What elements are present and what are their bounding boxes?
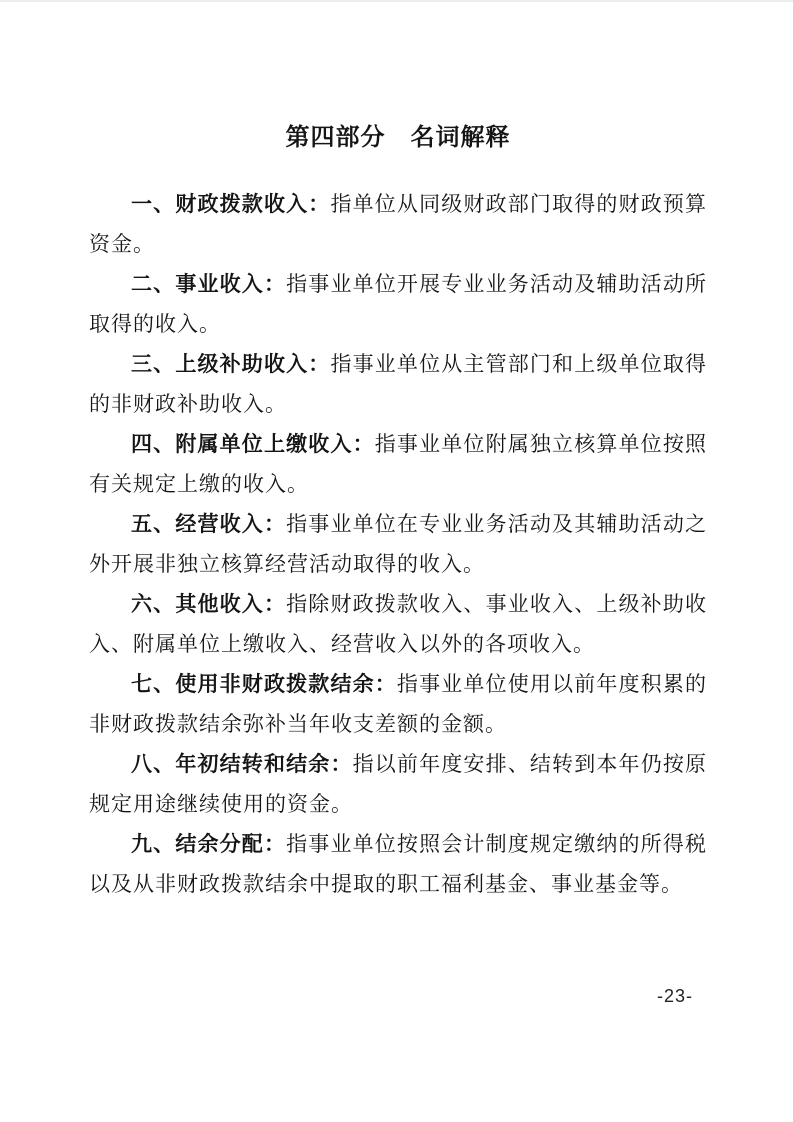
term-paragraph: 四、附属单位上缴收入：指事业单位附属独立核算单位按照有关规定上缴的收入。 [89, 424, 707, 504]
term-paragraph: 九、结余分配：指事业单位按照会计制度规定缴纳的所得税以及从非财政拨款结余中提取的… [89, 824, 707, 904]
term-label: 六、其他收入： [131, 592, 286, 616]
term-paragraph: 一、财政拨款收入：指单位从同级财政部门取得的财政预算资金。 [89, 184, 707, 264]
term-paragraph: 六、其他收入：指除财政拨款收入、事业收入、上级补助收入、附属单位上缴收入、经营收… [89, 584, 707, 664]
term-label: 一、财政拨款收入： [131, 192, 330, 216]
term-paragraph: 五、经营收入：指事业单位在专业业务活动及其辅助活动之外开展非独立核算经营活动取得… [89, 504, 707, 584]
term-label: 三、上级补助收入： [131, 352, 330, 376]
term-label: 四、附属单位上缴收入： [131, 432, 375, 456]
term-paragraph: 八、年初结转和结余：指以前年度安排、结转到本年仍按原规定用途继续使用的资金。 [89, 744, 707, 824]
term-label: 五、经营收入： [131, 512, 286, 536]
term-paragraph: 三、上级补助收入：指事业单位从主管部门和上级单位取得的非财政补助收入。 [89, 344, 707, 424]
term-paragraph: 七、使用非财政拨款结余：指事业单位使用以前年度积累的非财政拨款结余弥补当年收支差… [89, 664, 707, 744]
term-paragraph: 二、事业收入：指事业单位开展专业业务活动及辅助活动所取得的收入。 [89, 264, 707, 344]
term-label: 七、使用非财政拨款结余： [131, 672, 397, 696]
page-number: -23- [657, 986, 693, 1007]
term-label: 二、事业收入： [131, 272, 286, 296]
page-title: 第四部分 名词解释 [89, 0, 707, 158]
term-label: 八、年初结转和结余： [131, 752, 353, 776]
document-content: 第四部分 名词解释 一、财政拨款收入：指单位从同级财政部门取得的财政预算资金。 … [89, 0, 707, 904]
term-list: 一、财政拨款收入：指单位从同级财政部门取得的财政预算资金。 二、事业收入：指事业… [89, 184, 707, 904]
term-label: 九、结余分配： [131, 832, 286, 856]
document-page: 第四部分 名词解释 一、财政拨款收入：指单位从同级财政部门取得的财政预算资金。 … [0, 0, 793, 1122]
